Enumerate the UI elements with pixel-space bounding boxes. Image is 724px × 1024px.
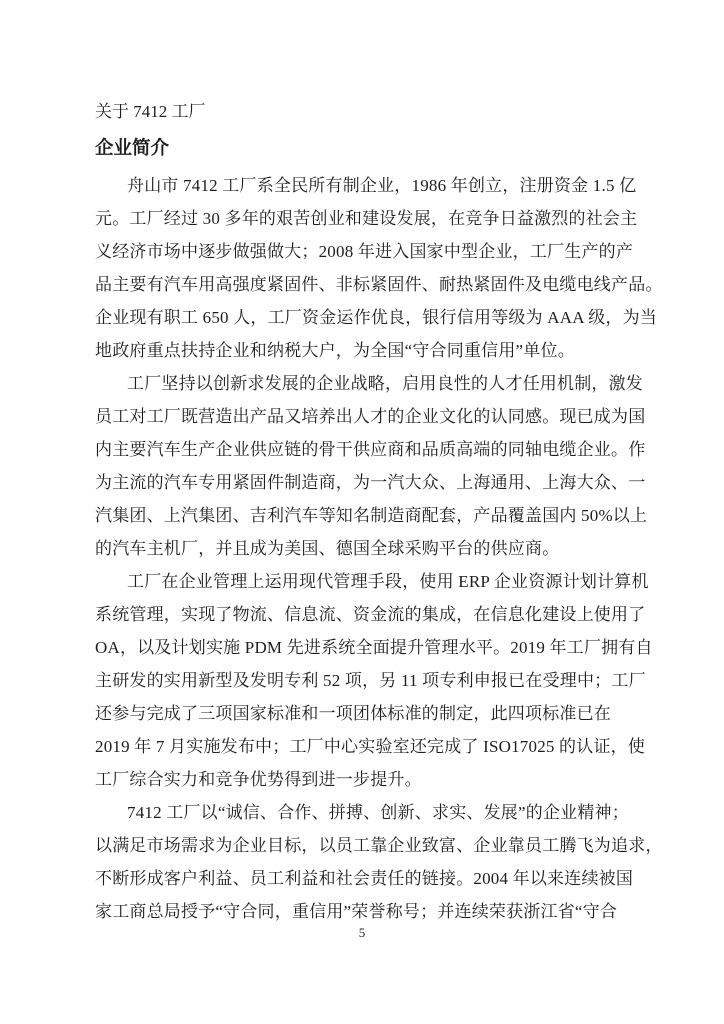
document-title: 关于 7412 工厂 (95, 95, 635, 129)
text-line: 品主要有汽车用高强度紧固件、非标紧固件、耐热紧固件及电缆电线产品。 (95, 268, 635, 301)
text-line: 内主要汽车生产企业供应链的骨干供应商和品质高端的同轴电缆企业。作 (95, 433, 635, 466)
text-line: 工厂坚持以创新求发展的企业战略，启用良性的人才任用机制，激发 (95, 367, 635, 400)
text-line: OA，以及计划实施 PDM 先进系统全面提升管理水平。2019 年工厂拥有自 (95, 631, 635, 664)
page-number: 5 (0, 925, 724, 941)
text-line: 员工对工厂既营造出产品又培养出人才的企业文化的认同感。现已成为国 (95, 400, 635, 433)
text-line: 不断形成客户利益、员工利益和社会责任的链接。2004 年以来连续被国 (95, 862, 635, 895)
text-line: 系统管理，实现了物流、信息流、资金流的集成，在信息化建设上使用了 (95, 598, 635, 631)
text-line: 元。工厂经过 30 多年的艰苦创业和建设发展，在竞争日益激烈的社会主 (95, 202, 635, 235)
text-line: 的汽车主机厂，并且成为美国、德国全球采购平台的供应商。 (95, 532, 635, 565)
text-line: 地政府重点扶持企业和纳税大户，为全国“守合同重信用”单位。 (95, 334, 635, 367)
text-line: 汽集团、上汽集团、吉利汽车等知名制造商配套，产品覆盖国内 50%以上 (95, 499, 635, 532)
paragraph-management-and-patents: 工厂在企业管理上运用现代管理手段，使用 ERP 企业资源计划计算机系统管理，实现… (95, 565, 635, 796)
section-heading: 企业简介 (95, 129, 635, 169)
text-line: 为主流的汽车专用紧固件制造商，为一汽大众、上海通用、上海大众、一 (95, 466, 635, 499)
text-line: 2019 年 7 月实施发布中；工厂中心实验室还完成了 ISO17025 的认证… (95, 730, 635, 763)
text-line: 7412 工厂以“诚信、合作、拼搏、创新、求实、发展”的企业精神； (95, 796, 635, 829)
document-content: 关于 7412 工厂 企业简介 舟山市 7412 工厂系全民所有制企业，1986… (95, 95, 635, 928)
text-line: 还参与完成了三项国家标准和一项团体标准的制定，此四项标准已在 (95, 697, 635, 730)
text-line: 家工商总局授予“守合同，重信用”荣誉称号；并连续荣获浙江省“守合 (95, 895, 635, 928)
text-line: 主研发的实用新型及发明专利 52 项，另 11 项专利申报已在受理中；工厂 (95, 664, 635, 697)
text-line: 工厂在企业管理上运用现代管理手段，使用 ERP 企业资源计划计算机 (95, 565, 635, 598)
paragraph-spirit-and-honors: 7412 工厂以“诚信、合作、拼搏、创新、求实、发展”的企业精神；以满足市场需求… (95, 796, 635, 928)
text-line: 以满足市场需求为企业目标，以员工靠企业致富、企业靠员工腾飞为追求， (95, 829, 635, 862)
text-line: 义经济市场中逐步做强做大；2008 年进入国家中型企业，工厂生产的产 (95, 235, 635, 268)
text-line: 企业现有职工 650 人，工厂资金运作优良，银行信用等级为 AAA 级，为当 (95, 301, 635, 334)
paragraph-strategy-and-customers: 工厂坚持以创新求发展的企业战略，启用良性的人才任用机制，激发员工对工厂既营造出产… (95, 367, 635, 565)
paragraph-company-overview: 舟山市 7412 工厂系全民所有制企业，1986 年创立，注册资金 1.5 亿元… (95, 169, 635, 367)
document-page: 关于 7412 工厂 企业简介 舟山市 7412 工厂系全民所有制企业，1986… (0, 0, 724, 1024)
text-line: 工厂综合实力和竞争优势得到进一步提升。 (95, 763, 635, 796)
text-line: 舟山市 7412 工厂系全民所有制企业，1986 年创立，注册资金 1.5 亿 (95, 169, 635, 202)
